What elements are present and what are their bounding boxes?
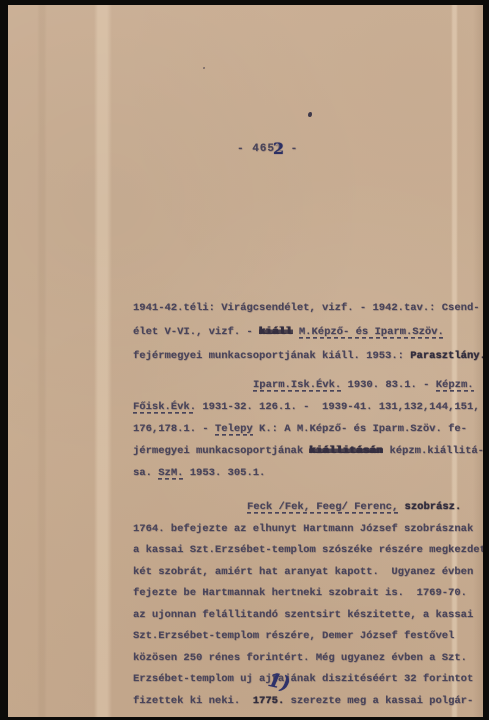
text-line: jérmegyei munkacsoportjának kiállitásán … (133, 440, 484, 462)
text-line: Főisk.Évk. 1931-32. 126.1. - 1939-41. 13… (133, 396, 484, 418)
underlined-text: M.Képző- és Iparm.Szöv. (299, 326, 444, 339)
text-segment: 1953. 305.1. (183, 467, 265, 479)
handwritten-correction-mark: 1) (266, 669, 292, 695)
text-line: a kassai Szt.Erzsébet-templom szószéke r… (133, 540, 489, 562)
text-segment: Erzsébet-templom uj ajtajának diszitéséé… (133, 673, 473, 685)
text-segment: közösen 250 rénes forintért. Még ugyanez… (133, 652, 467, 664)
scan-border-top (0, 0, 489, 5)
paragraph-2: Iparm.Isk.Évk. 1930. 83.1. - Képzm.Főisk… (133, 374, 484, 484)
ink-speck (203, 67, 205, 69)
text-segment: fejezte be Hartmannak hertneki szobrait … (133, 587, 467, 599)
text-line: két szobrát, amiért hat aranyat kapott. … (133, 562, 489, 584)
scan-border-right (483, 0, 489, 720)
text-segment: szobrász. (398, 501, 461, 513)
text-line: Feck /Fek, Feeg/ Ferenc, szobrász. (133, 497, 489, 519)
underlined-text: Telepy (215, 423, 253, 436)
text-segment: jérmegyei munkacsoportjának (133, 445, 309, 457)
text-segment: képzm.kiállitá- (383, 445, 484, 457)
text-segment: K.: A M.Képző- és Iparm.Szöv. fe- (253, 423, 467, 435)
paper-edge-shadow (473, 0, 483, 720)
underlined-text: Főisk.Évk. (133, 401, 196, 414)
text-segment: két szobrát, amiért hat aranyat kapott. … (133, 566, 473, 578)
overstruck-text: kiáll (259, 326, 293, 338)
text-segment: 176,178.1. - (133, 423, 215, 435)
text-segment (293, 326, 299, 338)
text-line: sa. SzM. 1953. 305.1. (133, 462, 484, 484)
page-number-suffix: - (283, 143, 298, 155)
text-line: 1764. befejezte az elhunyt Hartmann Józs… (133, 519, 489, 541)
text-segment: 1941-42.téli: Virágcsendélet, vizf. - 19… (133, 302, 480, 314)
text-line: fejérmegyei munkacsoportjának kiáll. 195… (133, 344, 486, 368)
text-segment: az ujonnan felállitandó szentsirt készit… (133, 609, 473, 621)
text-segment: 1930. 83.1. - (341, 379, 436, 391)
underlined-text: Iparm.Isk.Évk. (253, 379, 341, 392)
underlined-text: SzM. (158, 467, 183, 480)
text-line: 1941-42.téli: Virágcsendélet, vizf. - 19… (133, 296, 486, 320)
paragraph-1: 1941-42.téli: Virágcsendélet, vizf. - 19… (133, 296, 486, 368)
text-line: Erzsébet-templom uj ajtajának diszitéséé… (133, 669, 489, 691)
text-line: 176,178.1. - Telepy K.: A M.Képző- és Ip… (133, 418, 484, 440)
ink-speck (308, 112, 312, 117)
scanned-page: - 46512 - 1941-42.téli: Virágcsendélet, … (0, 0, 489, 720)
text-line: közösen 250 rénes forintért. Még ugyanez… (133, 648, 489, 670)
text-segment: szerezte meg a kassai polgár- (284, 695, 473, 707)
text-segment: 1775. (253, 695, 285, 707)
underlined-text: Feck /Fek, Feeg/ Ferenc, (247, 501, 398, 514)
text-line: fizettek ki neki. 1775. szerezte meg a k… (133, 691, 489, 713)
text-segment: élet V-VI., vizf. - (133, 326, 259, 338)
text-segment: fejérmegyei munkacsoportjának kiáll. 195… (133, 350, 410, 362)
paragraph-3: Feck /Fek, Feeg/ Ferenc, szobrász.1764. … (133, 497, 489, 712)
text-segment: sa. (133, 467, 158, 479)
text-segment: 1931-32. 126.1. - 1939-41. 131,132,144,1… (196, 401, 480, 413)
page-number-prefix: - 465 (237, 143, 275, 155)
text-segment: 1764. befejezte az elhunyt Hartmann Józs… (133, 523, 473, 535)
text-line: fejezte be Hartmannak hertneki szobrait … (133, 583, 489, 605)
text-line: élet V-VI., vizf. - kiáll M.Képző- és Ip… (133, 320, 486, 344)
scan-border-left (0, 0, 8, 720)
text-line: Szt.Erzsébet-templom részére, Demer Józs… (133, 626, 489, 648)
overstruck-text: kiállitásán (309, 445, 383, 457)
page-number-corrected-digit: 12 (275, 143, 283, 155)
underlined-text: Képzm. (436, 379, 474, 392)
handwritten-digit: 2 (273, 139, 285, 158)
text-line: Iparm.Isk.Évk. 1930. 83.1. - Képzm. (133, 374, 484, 396)
text-segment: a kassai Szt.Erzsébet-templom szószéke r… (133, 544, 489, 556)
text-line: az ujonnan felállitandó szentsirt készit… (133, 605, 489, 627)
page-number: - 46512 - (237, 143, 298, 155)
text-segment: fizettek ki neki. (133, 695, 253, 707)
text-segment: Szt.Erzsébet-templom részére, Demer Józs… (133, 630, 454, 642)
